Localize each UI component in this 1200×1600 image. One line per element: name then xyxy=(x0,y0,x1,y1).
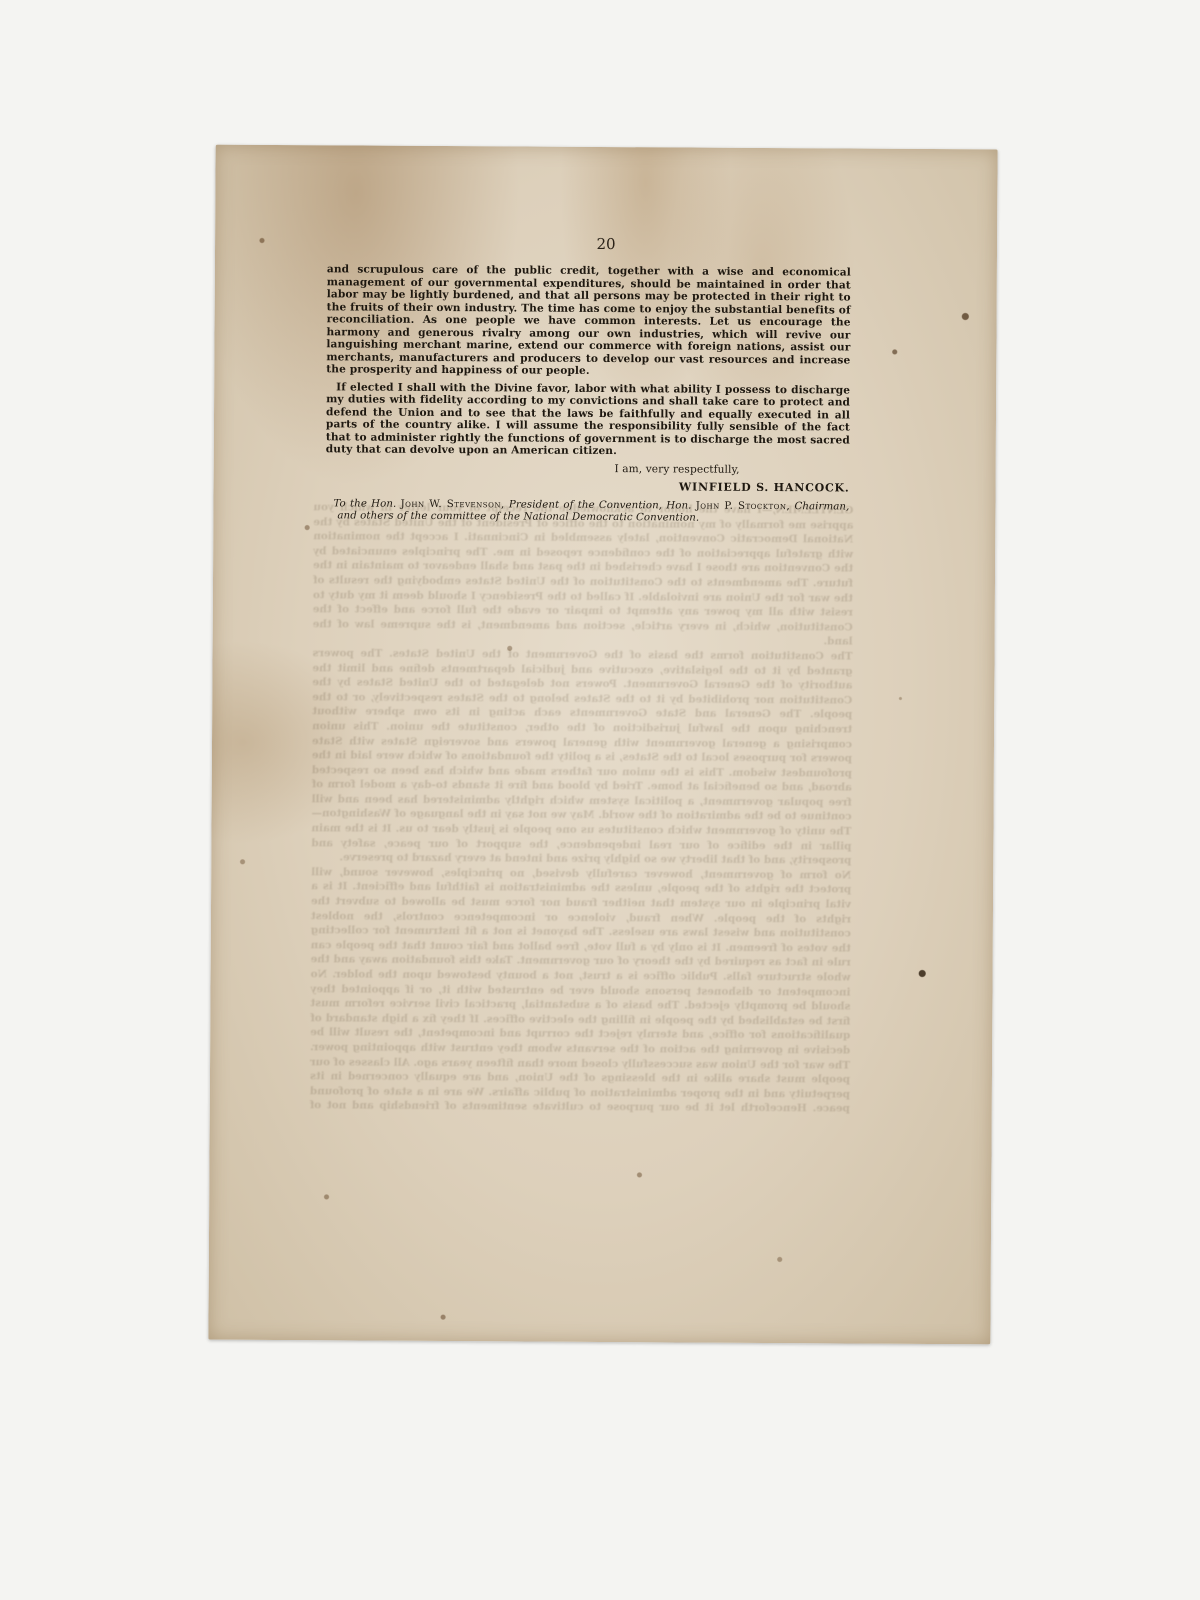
closing-line: I am, very respectfully, xyxy=(326,461,740,476)
address-role-1: President of the Convention, Hon. xyxy=(509,499,692,511)
address-name-2: John P. Stockton, xyxy=(696,500,791,512)
address-name-1: John W. Stevenson, xyxy=(401,498,505,510)
bleed-paragraph: No form of government, however carefully… xyxy=(310,865,851,1113)
address-prefix: To the Hon. xyxy=(333,498,396,509)
page-number: 20 xyxy=(215,233,997,256)
bleed-paragraph: The Constitution forms the basis of the … xyxy=(311,646,852,868)
letter-body: and scrupulous care of the public credit… xyxy=(325,263,851,526)
document-page: GENTLEMEN,—I have the honor to acknowled… xyxy=(208,145,997,1345)
paragraph-1: and scrupulous care of the public credit… xyxy=(326,263,851,379)
signature: WINFIELD S. HANCOCK. xyxy=(326,479,850,495)
paragraph-2: If elected I shall with the Divine favor… xyxy=(326,381,850,459)
bleed-through-text: GENTLEMEN,—I have the honor to acknowled… xyxy=(310,500,854,1113)
address-line: To the Hon. John W. Stevenson, President… xyxy=(325,498,849,526)
